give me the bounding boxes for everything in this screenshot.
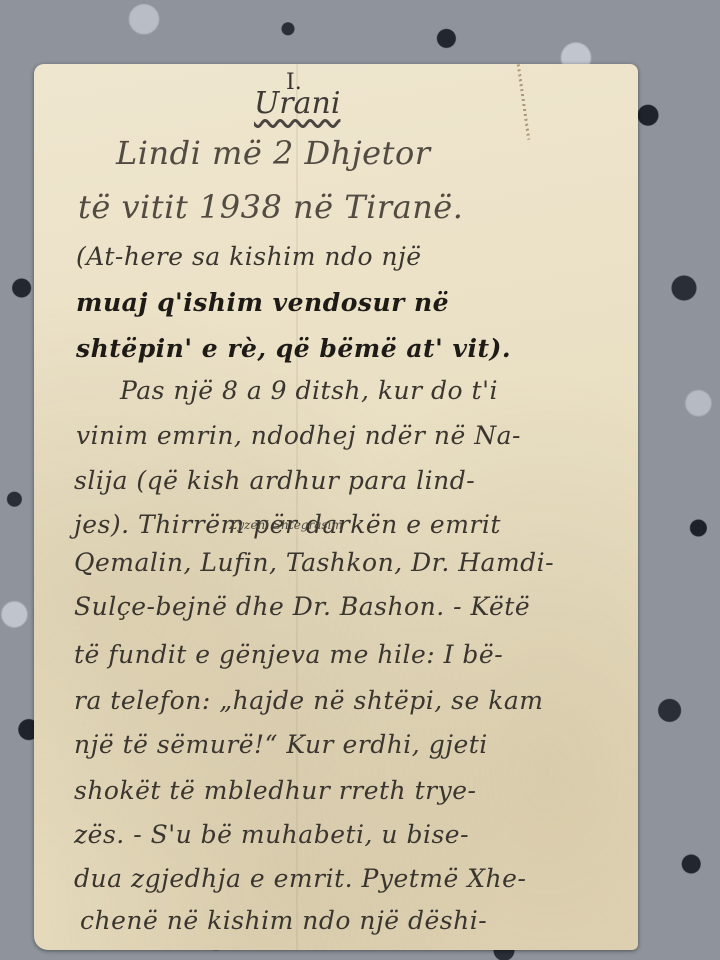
text-line-4: muaj q'ishim vendosur në — [76, 288, 449, 317]
text-line-18: chenë në kishim ndo një dëshi- — [80, 906, 487, 935]
text-line-8: slija (që kish ardhur para lind- — [74, 466, 475, 495]
text-line-11: Sulçe-bejnë dhe Dr. Bashon. - Këtë — [74, 592, 530, 621]
text-line-6: Pas një 8 a 9 ditsh, kur do t'i — [120, 376, 498, 405]
text-line-1: Lindi më 2 Dhjetor — [116, 134, 431, 172]
text-line-17: dua zgjedhja e emrit. Pyetmë Xhe- — [74, 864, 526, 893]
text-line-10: Qemalin, Lufin, Tashkon, Dr. Hamdi- — [74, 548, 554, 577]
text-line-12: të fundit e gënjeva me hile: I bë- — [74, 640, 503, 669]
text-line-3: (At-here sa kishim ndo një — [76, 242, 422, 271]
text-line-5: shtëpin' e rè, që bëmë at' vit). — [76, 334, 511, 363]
text-line-7: vinim emrin, ndodhej ndër në Na- — [76, 421, 521, 450]
interlinear-annotation: Zyzeni Shtegrasim — [229, 518, 343, 532]
text-line-16: zës. - S'u bë muhabeti, u bise- — [74, 820, 469, 849]
text-line-14: një të sëmurë!“ Kur erdhi, gjeti — [74, 730, 488, 759]
text-line-2: të vitit 1938 në Tiranë. — [78, 188, 463, 226]
notebook-page: I. Urani Lindi më 2 Dhjetor të vitit 193… — [34, 64, 638, 950]
ink-stain — [517, 64, 531, 140]
text-line-15: shokët të mbledhur rreth trye- — [74, 776, 476, 805]
text-line-13: ra telefon: „hajde në shtëpi, se kam — [74, 686, 544, 715]
chapter-title: Urani — [254, 86, 340, 121]
